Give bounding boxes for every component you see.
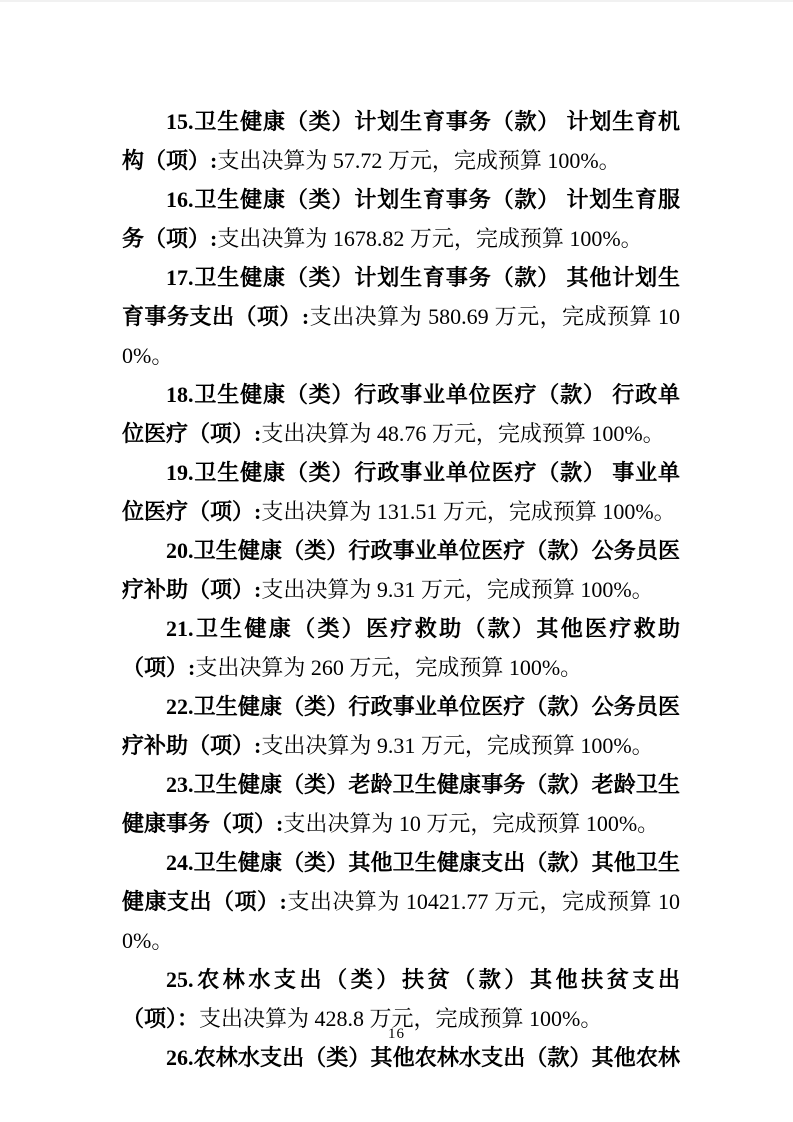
paragraph: 16.卫生健康（类）计划生育事务（款） 计划生育服务（项）:支出决算为 1678… — [122, 180, 680, 258]
paragraph: 20.卫生健康（类）行政事业单位医疗（款）公务员医疗补助（项）:支出决算为 9.… — [122, 531, 680, 609]
paragraph-body: 支出决算为 260 万元，完成预算 100%。 — [195, 655, 582, 680]
paragraph: 17.卫生健康（类）计划生育事务（款） 其他计划生育事务支出（项）:支出决算为 … — [122, 258, 680, 375]
document-content: 15.卫生健康（类）计划生育事务（款） 计划生育机构（项）:支出决算为 57.7… — [122, 102, 680, 1077]
paragraph: 15.卫生健康（类）计划生育事务（款） 计划生育机构（项）:支出决算为 57.7… — [122, 102, 680, 180]
paragraph-body: 支出决算为 10 万元，完成预算 100%。 — [283, 811, 659, 836]
paragraph: 19.卫生健康（类）行政事业单位医疗（款） 事业单位医疗（项）:支出决算为 13… — [122, 453, 680, 531]
paragraph: 18.卫生健康（类）行政事业单位医疗（款） 行政单位医疗（项）:支出决算为 48… — [122, 375, 680, 453]
page-number: 16 — [0, 1026, 793, 1043]
paragraph-body: 支出决算为 131.51 万元，完成预算 100%。 — [261, 499, 675, 524]
paragraph-body: 支出决算为 48.76 万元，完成预算 100%。 — [261, 421, 664, 446]
paragraph-heading: 26.农林水支出（类）其他农林水支出（款）其他农林 — [166, 1045, 680, 1070]
paragraph-body: 支出决算为 9.31 万元，完成预算 100%。 — [261, 577, 653, 602]
paragraph-body: 支出决算为 57.72 万元，完成预算 100%。 — [217, 148, 620, 173]
document-page: 15.卫生健康（类）计划生育事务（款） 计划生育机构（项）:支出决算为 57.7… — [0, 0, 793, 1122]
paragraph-body: 支出决算为 9.31 万元，完成预算 100%。 — [261, 733, 653, 758]
paragraph-body: 支出决算为 1678.82 万元，完成预算 100%。 — [217, 226, 642, 251]
paragraph: 23.卫生健康（类）老龄卫生健康事务（款）老龄卫生健康事务（项）:支出决算为 1… — [122, 765, 680, 843]
paragraph: 26.农林水支出（类）其他农林水支出（款）其他农林 — [122, 1038, 680, 1077]
paragraph: 22.卫生健康（类）行政事业单位医疗（款）公务员医疗补助（项）:支出决算为 9.… — [122, 687, 680, 765]
paragraph: 24.卫生健康（类）其他卫生健康支出（款）其他卫生健康支出（项）:支出决算为 1… — [122, 843, 680, 960]
paragraph: 21.卫生健康（类）医疗救助（款）其他医疗救助（项）:支出决算为 260 万元，… — [122, 609, 680, 687]
